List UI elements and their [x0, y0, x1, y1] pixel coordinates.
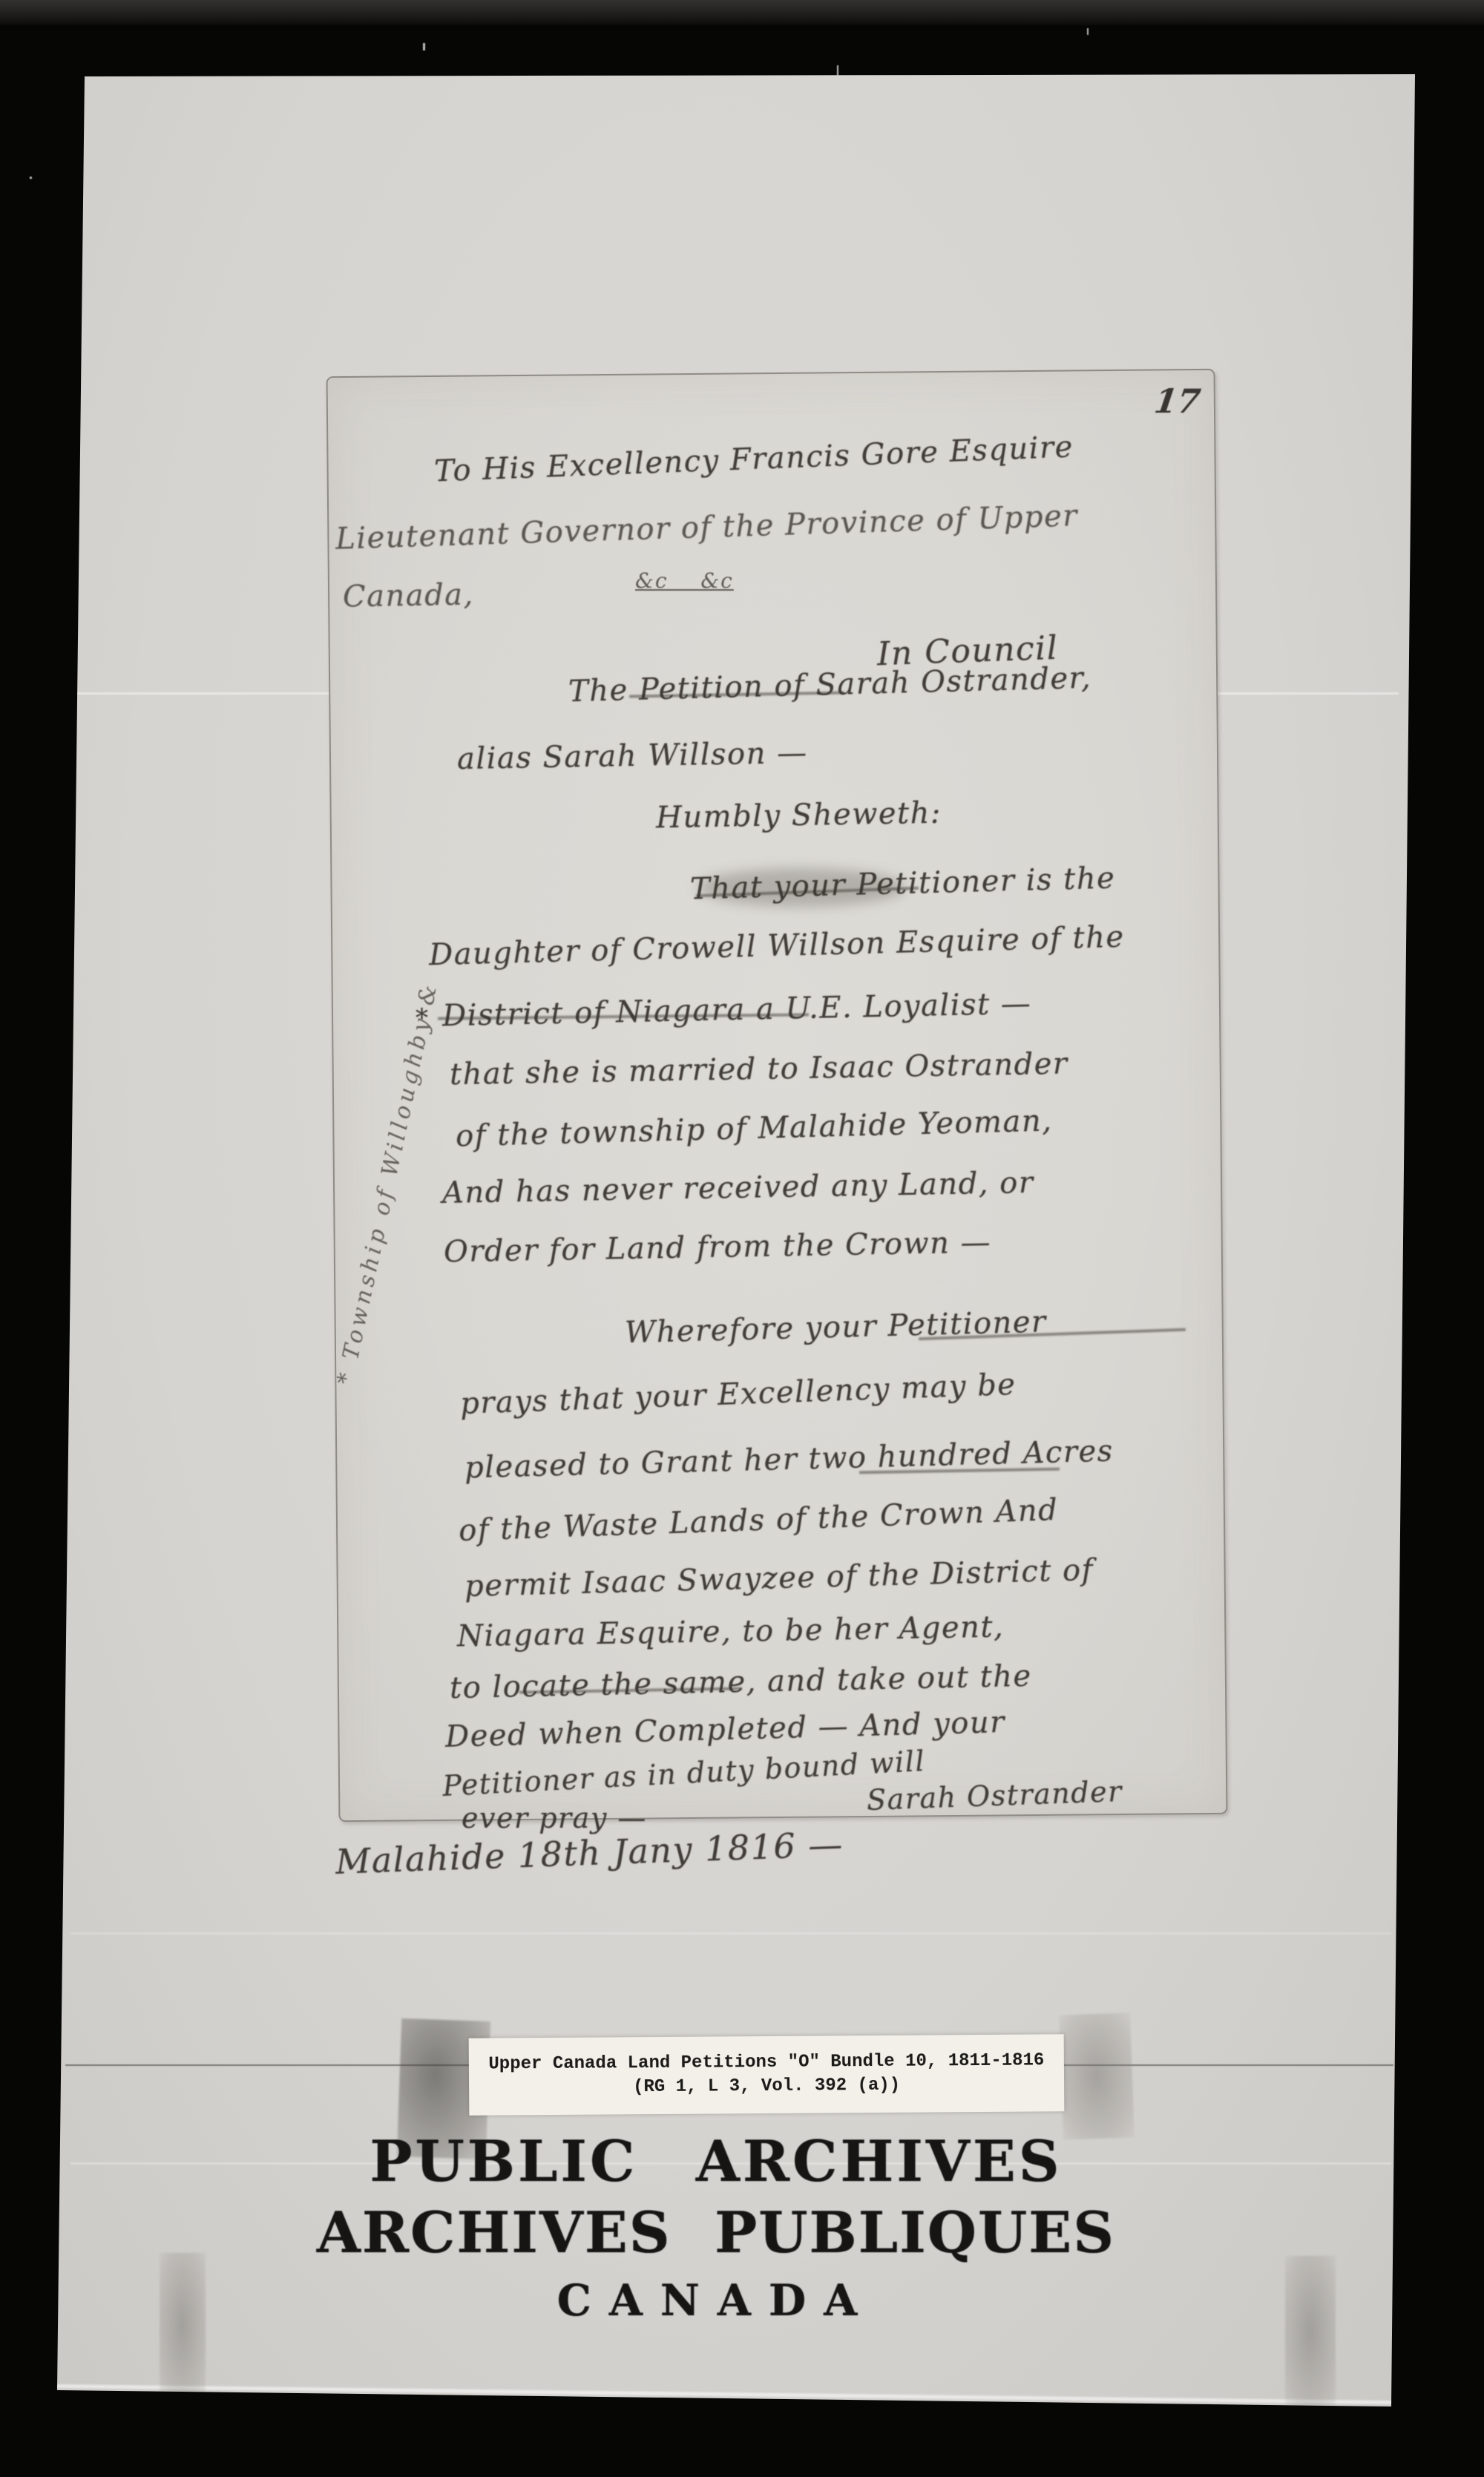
- etc-flourish-marks: &c &c: [635, 568, 734, 593]
- label-line-1: Upper Canada Land Petitions "O" Bundle 1…: [488, 2049, 1044, 2076]
- film-dust: [30, 177, 32, 179]
- film-scratch: [837, 65, 838, 76]
- film-scratch: [1087, 28, 1089, 35]
- stamp-canada: CANADA: [223, 2275, 1209, 2326]
- label-line-2: (RG 1, L 3, Vol. 392 (a)): [633, 2074, 900, 2100]
- handwritten-line: Canada,: [343, 577, 475, 614]
- microfilm-scan: { "colors": { "film_background": "#06060…: [0, 0, 1484, 2477]
- tape-right: [1059, 2012, 1135, 2139]
- paper-bottom-edge-highlight: [52, 2384, 1399, 2404]
- handwritten-ever-pray: ever pray —: [462, 1802, 647, 1834]
- archive-reference-label: Upper Canada Land Petitions "O" Bundle 1…: [469, 2034, 1065, 2116]
- stamp-archives-publiques: ARCHIVES PUBLIQUES: [223, 2199, 1209, 2266]
- scan-streak: [70, 1932, 1391, 1935]
- film-scratch: [423, 43, 425, 50]
- stamp-public-archives: PUBLIC ARCHIVES: [223, 2128, 1209, 2194]
- tape-bottom-right: [1285, 2256, 1336, 2409]
- page-number: 17: [1152, 383, 1202, 421]
- backing-paper: 17 To His Excellency Francis Gore Esquir…: [0, 0, 1484, 2477]
- tape-bottom-left: [160, 2253, 206, 2398]
- handwritten-dateline: Malahide 18th Jany 1816 —: [335, 1824, 844, 1882]
- film-edge-strip: [0, 0, 1484, 25]
- handwritten-line: alias Sarah Willson —: [457, 736, 808, 776]
- handwritten-line: Humbly Sheweth:: [656, 796, 942, 836]
